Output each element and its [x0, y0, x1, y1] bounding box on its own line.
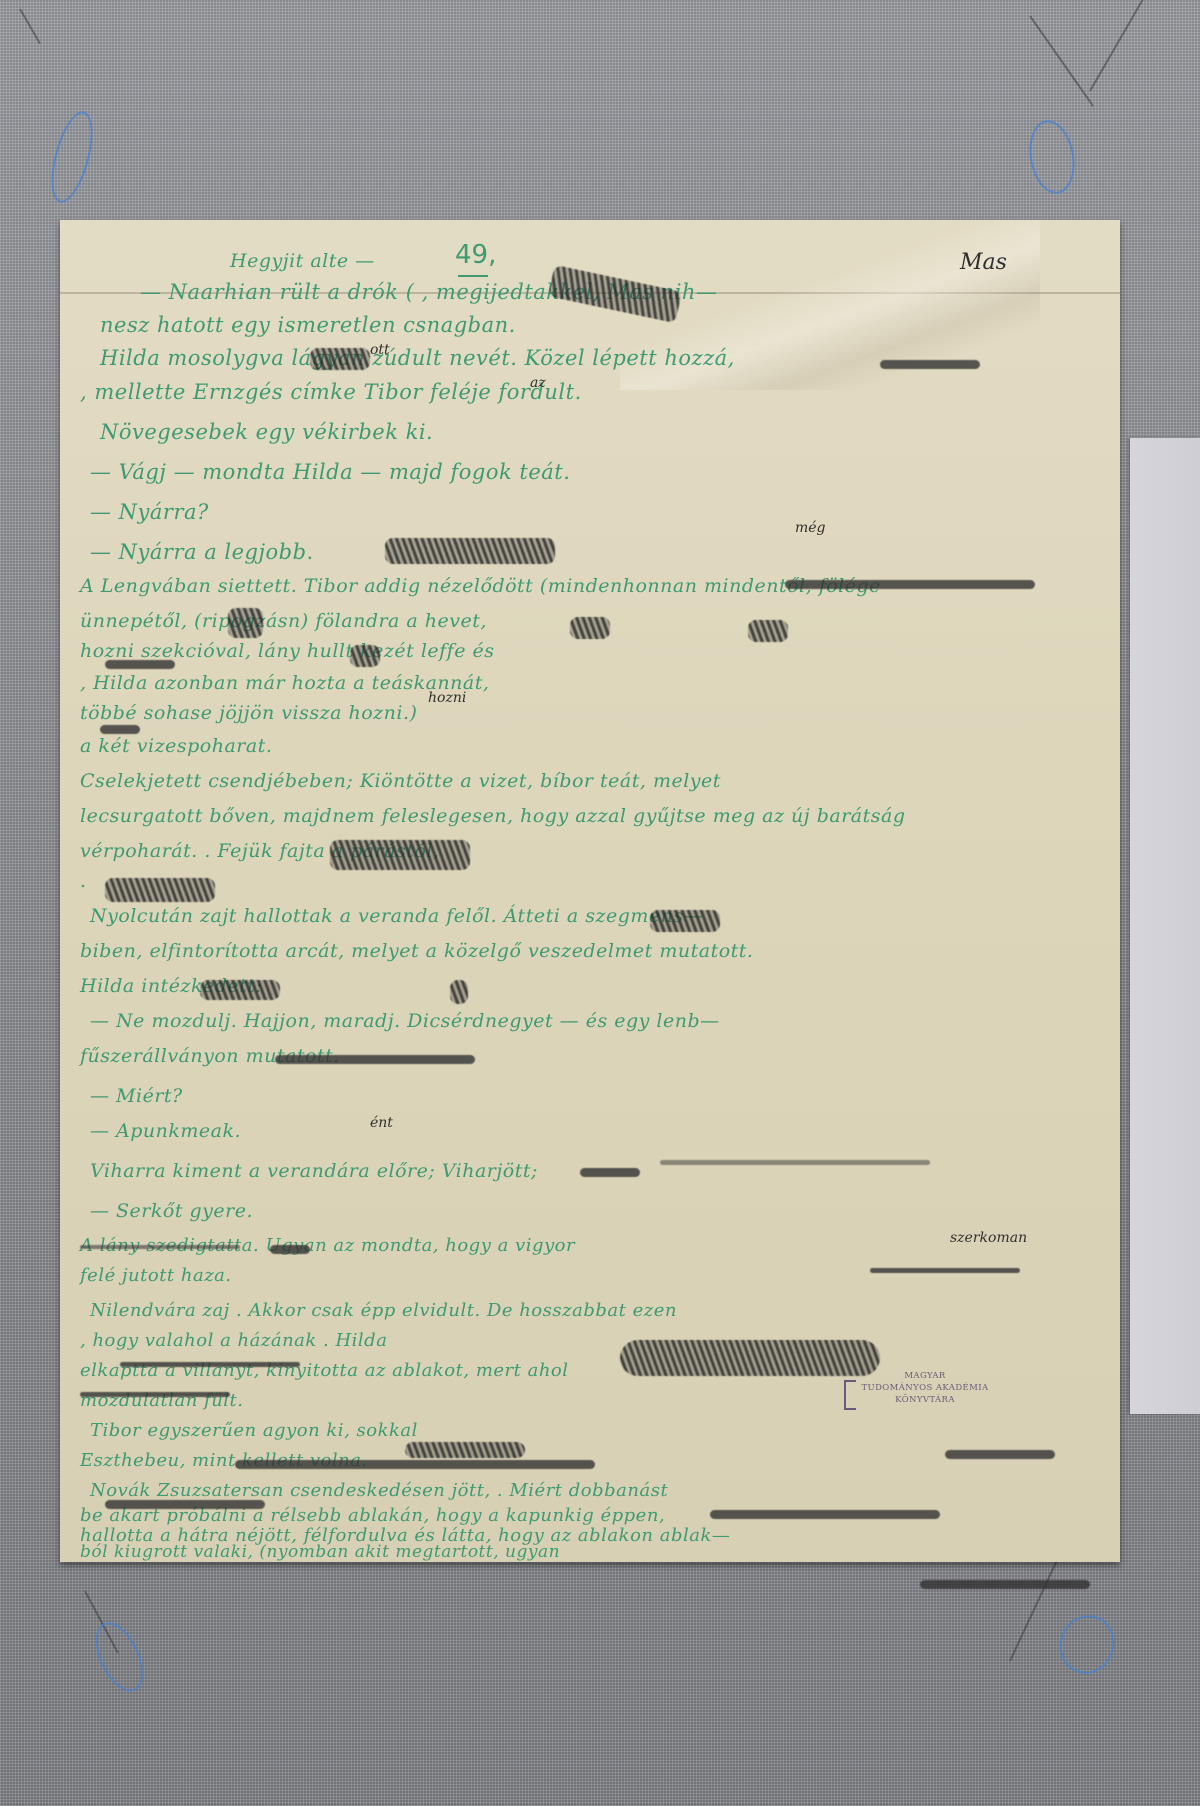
stamp-line-3: KÖNYVTÁRA [850, 1394, 1000, 1406]
page-number-underline [458, 275, 488, 277]
white-backing-card [1130, 438, 1200, 1414]
manuscript-line: . [80, 870, 87, 892]
strikeout-scribble [405, 1442, 525, 1458]
strikeout-scribble [620, 1340, 880, 1376]
strikeout-line [920, 1580, 1090, 1589]
strikeout-line [235, 1460, 595, 1469]
stamp-line-2: TUDOMÁNYOS AKADÉMIA [850, 1382, 1000, 1394]
manuscript-line: Növegesebek egy vékirbek ki. [100, 420, 433, 444]
strikeout-scribble [350, 645, 380, 667]
manuscript-line: — Nyárra? [90, 500, 209, 524]
strikeout-line [120, 1362, 300, 1367]
strikeout-line [100, 725, 140, 734]
manuscript-line: Nilendvára zaj . Akkor csak épp elvidult… [90, 1300, 677, 1321]
manuscript-line: — Nyárra a legjobb. [90, 540, 314, 564]
blue-loop-bottom-left [86, 1615, 153, 1699]
manuscript-line: hozni szekcióval, lány hullt kezét leffe… [80, 640, 495, 662]
strikeout-line [80, 1392, 230, 1397]
manuscript-line: , hogy valahol a házának . Hilda [80, 1330, 387, 1351]
manuscript-line: Nyolcután zajt hallottak a veranda felől… [90, 905, 703, 927]
manuscript-page: Hegyjit alte — 49, — Naarhian rült a dró… [60, 220, 1120, 1562]
corner-pencil-mark-bottom-right [1009, 1561, 1057, 1662]
manuscript-line: a két vizespoharat. [80, 735, 272, 757]
strikeout-line [945, 1450, 1055, 1459]
strikeout-scribble [228, 608, 263, 638]
manuscript-line: ból kiugrott valaki, (nyomban akit megta… [80, 1542, 560, 1562]
strikeout-line [710, 1510, 940, 1519]
marginal-mark: Mas [960, 250, 1007, 275]
manuscript-line: — Serkőt gyere. [90, 1200, 253, 1222]
manuscript-line: biben, elfintorította arcát, melyet a kö… [80, 940, 753, 962]
manuscript-line: lecsurgatott bőven, majdnem feleslegesen… [80, 805, 906, 827]
blue-loop-top-right [1024, 117, 1080, 198]
stamp-line-1: MAGYAR [850, 1370, 1000, 1382]
manuscript-line: felé jutott haza. [80, 1265, 232, 1286]
manuscript-line: Cselekjetett csendjébeben; Kiöntötte a v… [80, 770, 721, 792]
corner-pencil-mark-top-left [19, 9, 41, 45]
manuscript-line: , mellette Ernzgés címke Tibor feléje fo… [80, 380, 582, 404]
strikeout-line [660, 1160, 930, 1165]
strikeout-line [105, 1500, 265, 1509]
corner-pencil-mark-top-right [1089, 0, 1146, 92]
strikeout-scribble [650, 910, 720, 932]
stamp-bracket [844, 1380, 856, 1410]
manuscript-line: nesz hatott egy ismeretlen csnagban. [100, 313, 516, 337]
strikeout-scribble [105, 878, 215, 902]
interlinear-correction: az [530, 375, 546, 391]
corner-pencil-mark-top-right-2 [1029, 15, 1094, 106]
strikeout-scribble [330, 840, 470, 870]
manuscript-line: ünnepétől, (ripogzásn) fölandra a hevet, [80, 610, 487, 632]
interlinear-correction: ént [370, 1115, 393, 1131]
interlinear-correction: hozni [428, 690, 466, 706]
interlinear-correction: még [795, 520, 826, 536]
manuscript-line: többé sohase jöjjön vissza hozni.) [80, 702, 417, 724]
manuscript-line: — Ne mozdulj. Hajjon, maradj. Dicsérdneg… [90, 1010, 720, 1032]
manuscript-line: — Miért? [90, 1085, 183, 1107]
manuscript-line: Viharra kiment a verandára előre; Viharj… [90, 1160, 538, 1182]
manuscript-line: — Apunkmeak. [90, 1120, 241, 1142]
strikeout-line [880, 360, 980, 369]
manuscript-line: A Lengvában siettett. Tibor addig nézelő… [80, 575, 881, 597]
strikeout-line [580, 1168, 640, 1177]
header-left-text: Hegyjit alte — [230, 250, 375, 272]
interlinear-correction: szerkoman [950, 1230, 1027, 1246]
manuscript-line: — Vágj — mondta Hilda — majd fogok teát. [90, 460, 570, 484]
interlinear-correction: ott [370, 342, 390, 358]
strikeout-line [785, 580, 1035, 589]
strikeout-scribble [200, 980, 280, 1000]
strikeout-line [105, 660, 175, 669]
strikeout-scribble [385, 538, 555, 564]
library-stamp: MAGYAR TUDOMÁNYOS AKADÉMIA KÖNYVTÁRA [850, 1370, 1000, 1406]
manuscript-line: Tibor egyszerűen agyon ki, sokkal [90, 1420, 418, 1441]
blue-loop-bottom-right [1052, 1608, 1123, 1682]
strikeout-scribble [748, 620, 788, 642]
strikeout-scribble [450, 980, 468, 1004]
strikeout-scribble [570, 617, 610, 639]
manuscript-line: Novák Zsuzsatersan csendeskedésen jött, … [90, 1480, 668, 1501]
strikeout-line [80, 1245, 240, 1249]
strikeout-line [275, 1055, 475, 1064]
strikeout-line [270, 1245, 310, 1254]
blue-loop-top-left [43, 107, 100, 207]
manuscript-line: Hilda mosolygva lágyan zúdult nevét. Köz… [100, 346, 735, 370]
page-number: 49, [455, 240, 496, 270]
strikeout-line [870, 1268, 1020, 1273]
strikeout-scribble [310, 348, 370, 370]
